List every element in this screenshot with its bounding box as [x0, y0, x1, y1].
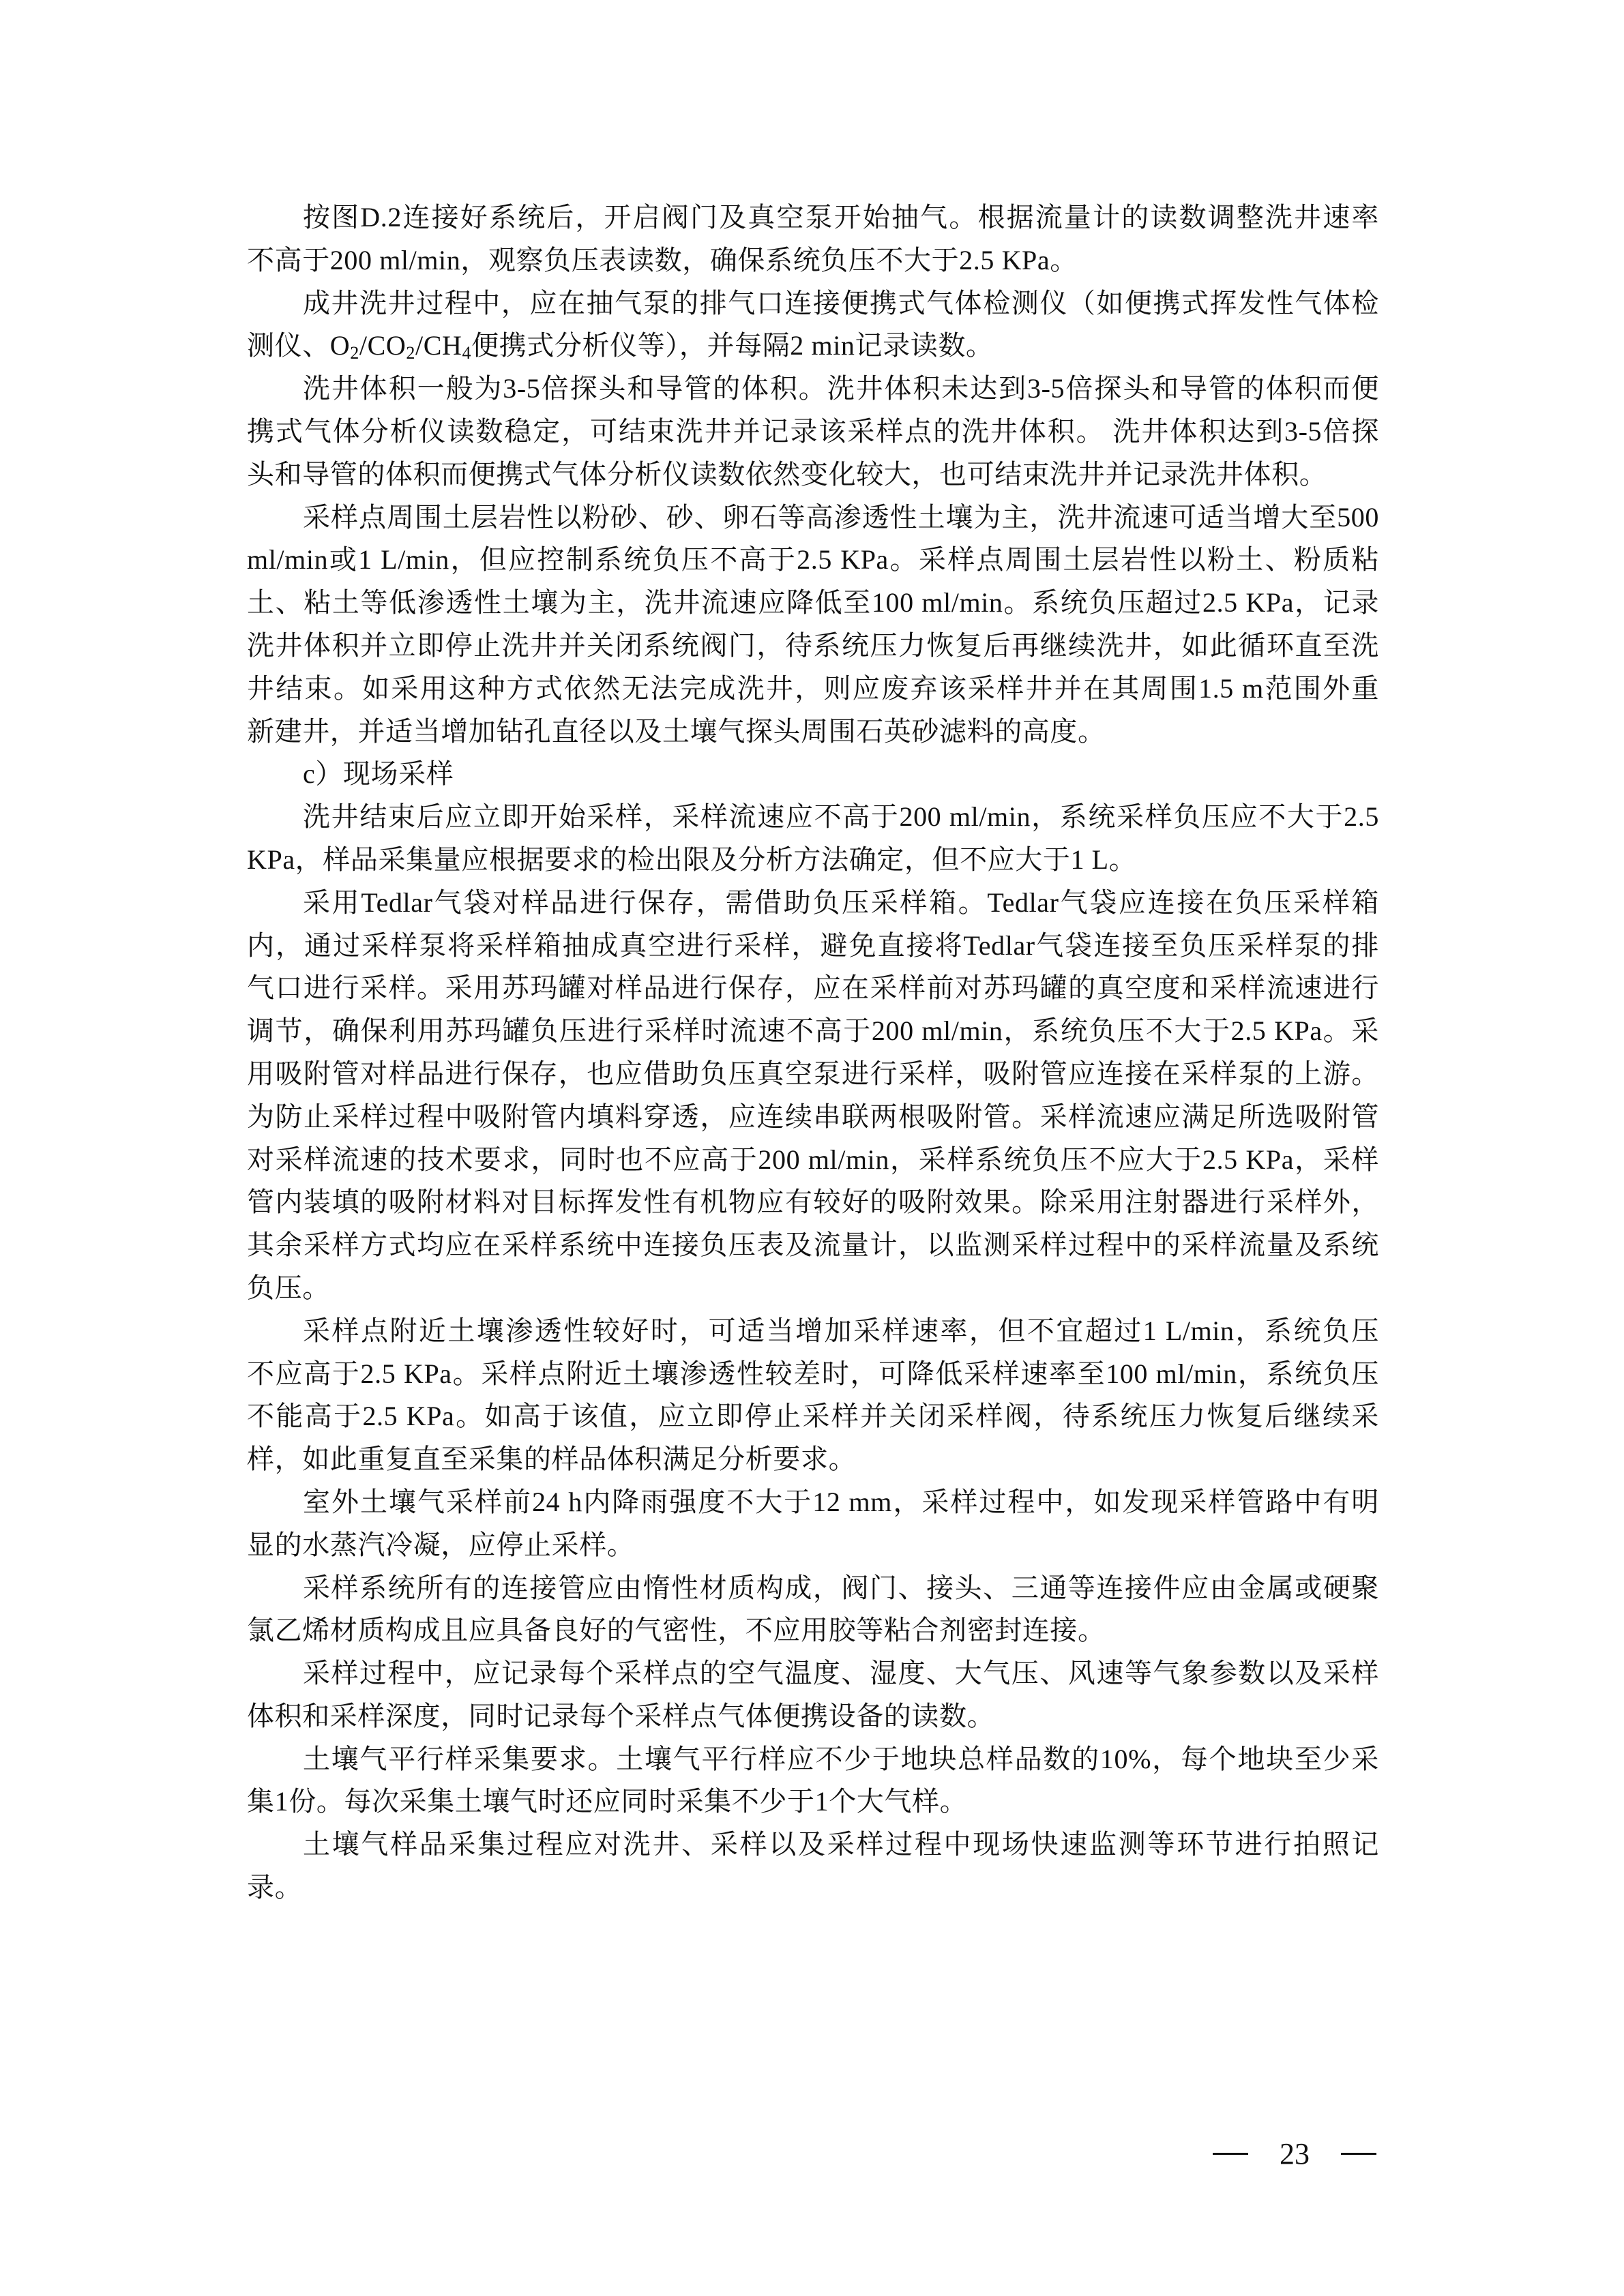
- body-text: 按图D.2连接好系统后，开启阀门及真空泵开始抽气。根据流量计的读数调整洗井速率不…: [247, 196, 1379, 1909]
- subscript: 2: [350, 343, 359, 363]
- text-segment: /CH: [415, 330, 462, 361]
- page-number-value: 23: [1280, 2136, 1310, 2171]
- text-line: KPa，样品采集量应根据要求的检出限及分析方法确定，但不应大于1 L。: [247, 839, 1379, 882]
- text-line: 用吸附管对样品进行保存，也应借助负压真空泵进行采样，吸附管应连接在采样泵的上游。: [247, 1053, 1379, 1096]
- text-line: 土壤气样品采集过程应对洗井、采样以及采样过程中现场快速监测等环节进行拍照记: [247, 1823, 1379, 1866]
- right-dash: [1341, 2153, 1376, 2155]
- text-line: 不能高于2.5 KPa。如高于该值，应立即停止采样并关闭采样阀，待系统压力恢复后…: [247, 1395, 1379, 1438]
- text-segment: 测仪、O: [247, 330, 350, 361]
- text-line: 按图D.2连接好系统后，开启阀门及真空泵开始抽气。根据流量计的读数调整洗井速率: [247, 196, 1379, 239]
- subscript: 2: [406, 343, 415, 363]
- text-line: 其余采样方式均应在采样系统中连接负压表及流量计，以监测采样过程中的采样流量及系统: [247, 1224, 1379, 1267]
- text-line: 集1份。每次采集土壤气时还应同时采集不少于1个大气样。: [247, 1780, 1379, 1823]
- text-line: 土壤气平行样采集要求。土壤气平行样应不少于地块总样品数的10%，每个地块至少采: [247, 1738, 1379, 1781]
- text-line: 显的水蒸汽冷凝，应停止采样。: [247, 1524, 1379, 1567]
- text-line: 采样过程中，应记录每个采样点的空气温度、湿度、大气压、风速等气象参数以及采样: [247, 1652, 1379, 1695]
- text-line: 不高于200 ml/min，观察负压表读数，确保系统负压不大于2.5 KPa。: [247, 239, 1379, 282]
- text-line: 土、粘土等低渗透性土壤为主，洗井流速应降低至100 ml/min。系统负压超过2…: [247, 582, 1379, 625]
- page-number: 23: [1213, 2133, 1376, 2174]
- text-line: 携式气体分析仪读数稳定，可结束洗井并记录该采样点的洗井体积。 洗井体积达到3-5…: [247, 411, 1379, 453]
- text-segment: /CO: [359, 330, 406, 361]
- text-line: 气口进行采样。采用苏玛罐对样品进行保存，应在采样前对苏玛罐的真空度和采样流速进行: [247, 967, 1379, 1010]
- text-line: c）现场采样: [247, 753, 1379, 796]
- text-line: 采用Tedlar气袋对样品进行保存，需借助负压采样箱。Tedlar气袋应连接在负…: [247, 882, 1379, 925]
- text-line: 采样点周围土层岩性以粉砂、砂、卵石等高渗透性土壤为主，洗井流速可适当增大至500: [247, 496, 1379, 539]
- text-line: 采样系统所有的连接管应由惰性材质构成，阀门、接头、三通等连接件应由金属或硬聚: [247, 1567, 1379, 1610]
- left-dash: [1213, 2153, 1248, 2155]
- text-line: 不应高于2.5 KPa。采样点附近土壤渗透性较差时，可降低采样速率至100 ml…: [247, 1353, 1379, 1396]
- text-line: 录。: [247, 1866, 1379, 1909]
- text-line: 负压。: [247, 1267, 1379, 1310]
- text-line: 管内装填的吸附材料对目标挥发性有机物应有较好的吸附效果。除采用注射器进行采样外，: [247, 1181, 1379, 1224]
- text-line: 洗井体积一般为3-5倍探头和导管的体积。洗井体积未达到3-5倍探头和导管的体积而…: [247, 368, 1379, 411]
- text-line: 测仪、O2/CO2/CH4便携式分析仪等），并每隔2 min记录读数。: [247, 325, 1379, 368]
- text-line: 为防止采样过程中吸附管内填料穿透，应连续串联两根吸附管。采样流速应满足所选吸附管: [247, 1096, 1379, 1139]
- text-line: 体积和采样深度，同时记录每个采样点气体便携设备的读数。: [247, 1695, 1379, 1738]
- text-line: 洗井体积并立即停止洗井并关闭系统阀门，待系统压力恢复后再继续洗井，如此循环直至洗: [247, 625, 1379, 668]
- text-line: 内，通过采样泵将采样箱抽成真空进行采样，避免直接将Tedlar气袋连接至负压采样…: [247, 925, 1379, 968]
- text-line: 采样点附近土壤渗透性较好时，可适当增加采样速率，但不宜超过1 L/min，系统负…: [247, 1310, 1379, 1353]
- text-line: ml/min或1 L/min，但应控制系统负压不高于2.5 KPa。采样点周围土…: [247, 539, 1379, 582]
- text-line: 样，如此重复直至采集的样品体积满足分析要求。: [247, 1438, 1379, 1481]
- text-line: 洗井结束后应立即开始采样，采样流速应不高于200 ml/min，系统采样负压应不…: [247, 796, 1379, 839]
- text-segment: 便携式分析仪等），并每隔2 min记录读数。: [471, 330, 993, 361]
- text-line: 氯乙烯材质构成且应具备良好的气密性，不应用胶等粘合剂密封连接。: [247, 1609, 1379, 1652]
- text-line: 室外土壤气采样前24 h内降雨强度不大于12 mm，采样过程中，如发现采样管路中…: [247, 1481, 1379, 1524]
- text-line: 头和导管的体积而便携式气体分析仪读数依然变化较大，也可结束洗井并记录洗井体积。: [247, 453, 1379, 496]
- text-line: 井结束。如采用这种方式依然无法完成洗井，则应废弃该采样井并在其周围1.5 m范围…: [247, 668, 1379, 711]
- text-line: 对采样流速的技术要求，同时也不应高于200 ml/min，采样系统负压不应大于2…: [247, 1139, 1379, 1182]
- document-page: 按图D.2连接好系统后，开启阀门及真空泵开始抽气。根据流量计的读数调整洗井速率不…: [0, 0, 1624, 2296]
- text-line: 新建井，并适当增加钻孔直径以及土壤气探头周围石英砂滤料的高度。: [247, 711, 1379, 754]
- subscript: 4: [462, 343, 471, 363]
- text-line: 调节，确保利用苏玛罐负压进行采样时流速不高于200 ml/min，系统负压不大于…: [247, 1010, 1379, 1053]
- text-line: 成井洗井过程中，应在抽气泵的排气口连接便携式气体检测仪（如便携式挥发性气体检: [247, 282, 1379, 325]
